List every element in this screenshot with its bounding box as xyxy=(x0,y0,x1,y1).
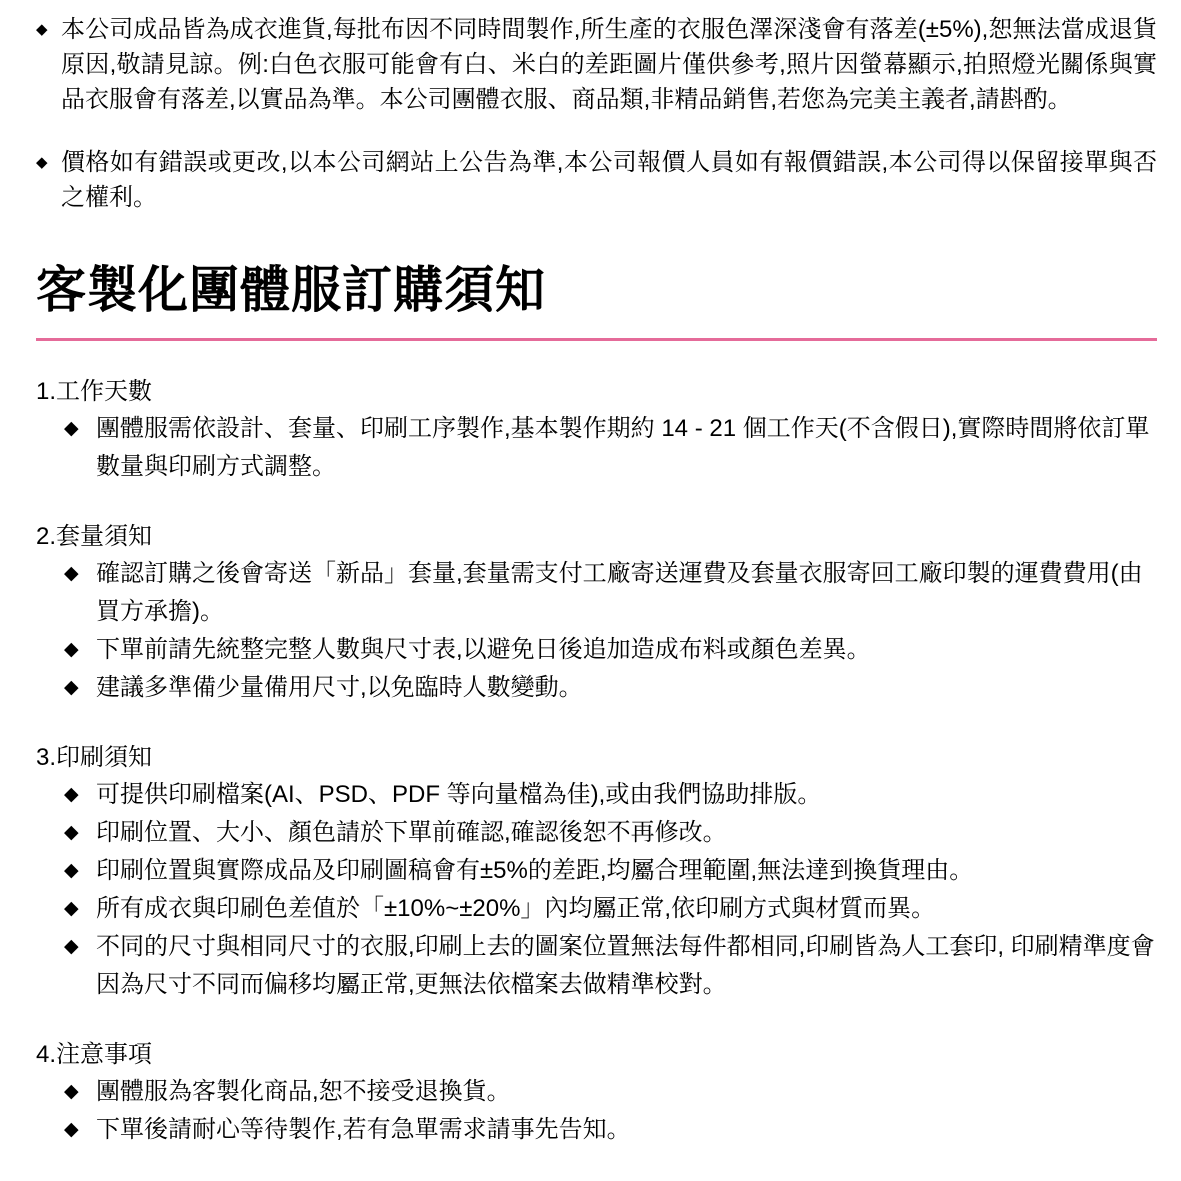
bullet-item: ◆ 下單前請先統整完整人數與尺寸表,以避免日後追加造成布料或顏色差異。 xyxy=(64,631,1157,669)
section-heading: 1.工作天數 xyxy=(36,373,1157,410)
diamond-bullet-icon: ◆ xyxy=(64,1073,96,1111)
bullet-list: ◆ 確認訂購之後會寄送「新品」套量,套量需支付工廠寄送運費及套量衣服寄回工廠印製… xyxy=(36,555,1157,707)
bullet-text: 建議多準備少量備用尺寸,以免臨時人數變動。 xyxy=(96,669,1157,707)
bullet-text: 印刷位置與實際成品及印刷圖稿會有±5%的差距,均屬合理範圍,無法達到換貨理由。 xyxy=(96,852,1157,890)
bullet-text: 下單前請先統整完整人數與尺寸表,以避免日後追加造成布料或顏色差異。 xyxy=(96,631,1157,669)
bullet-item: ◆ 所有成衣與印刷色差值於「±10%~±20%」內均屬正常,依印刷方式與材質而異… xyxy=(64,890,1157,928)
bullet-item: ◆ 團體服為客製化商品,恕不接受退換貨。 xyxy=(64,1073,1157,1111)
notice-paragraph: ◆ 價格如有錯誤或更改,以本公司網站上公告為準,本公司報價人員如有報價錯誤,本公… xyxy=(36,145,1157,215)
notice-paragraph: ◆ 本公司成品皆為成衣進貨,每批布因不同時間製作,所生產的衣服色澤深淺會有落差(… xyxy=(36,12,1157,117)
bullet-text: 可提供印刷檔案(AI、PSD、PDF 等向量檔為佳),或由我們協助排版。 xyxy=(96,776,1157,814)
page: { "colors": { "background": "#ffffff", "… xyxy=(0,0,1181,1181)
bullet-text: 印刷位置、大小、顏色請於下單前確認,確認後恕不再修改。 xyxy=(96,814,1157,852)
diamond-bullet-icon: ◆ xyxy=(64,555,96,593)
bullet-item: ◆ 確認訂購之後會寄送「新品」套量,套量需支付工廠寄送運費及套量衣服寄回工廠印製… xyxy=(64,555,1157,631)
bullet-item: ◆ 下單後請耐心等待製作,若有急單需求請事先告知。 xyxy=(64,1111,1157,1149)
page-title: 客製化團體服訂購須知 xyxy=(36,259,1157,321)
diamond-bullet-icon: ◆ xyxy=(64,814,96,852)
bullet-list: ◆ 團體服需依設計、套量、印刷工序製作,基本製作期約 14 - 21 個工作天(… xyxy=(36,410,1157,486)
bullet-item: ◆ 建議多準備少量備用尺寸,以免臨時人數變動。 xyxy=(64,669,1157,707)
bullet-text: 不同的尺寸與相同尺寸的衣服,印刷上去的圖案位置無法每件都相同,印刷皆為人工套印,… xyxy=(96,928,1157,1004)
bullet-text: 確認訂購之後會寄送「新品」套量,套量需支付工廠寄送運費及套量衣服寄回工廠印製的運… xyxy=(96,555,1157,631)
diamond-bullet-icon: ◆ xyxy=(36,145,61,180)
bullet-text: 團體服需依設計、套量、印刷工序製作,基本製作期約 14 - 21 個工作天(不含… xyxy=(96,410,1157,486)
diamond-bullet-icon: ◆ xyxy=(64,631,96,669)
diamond-bullet-icon: ◆ xyxy=(64,776,96,814)
bullet-text: 所有成衣與印刷色差值於「±10%~±20%」內均屬正常,依印刷方式與材質而異。 xyxy=(96,890,1157,928)
section-work-days: 1.工作天數 ◆ 團體服需依設計、套量、印刷工序製作,基本製作期約 14 - 2… xyxy=(36,373,1157,486)
title-divider xyxy=(36,338,1157,341)
bullet-list: ◆ 團體服為客製化商品,恕不接受退換貨。 ◆ 下單後請耐心等待製作,若有急單需求… xyxy=(36,1073,1157,1149)
bullet-item: ◆ 不同的尺寸與相同尺寸的衣服,印刷上去的圖案位置無法每件都相同,印刷皆為人工套… xyxy=(64,928,1157,1004)
section-attention: 4.注意事項 ◆ 團體服為客製化商品,恕不接受退換貨。 ◆ 下單後請耐心等待製作… xyxy=(36,1036,1157,1149)
diamond-bullet-icon: ◆ xyxy=(64,852,96,890)
bullet-list: ◆ 可提供印刷檔案(AI、PSD、PDF 等向量檔為佳),或由我們協助排版。 ◆… xyxy=(36,776,1157,1004)
section-printing: 3.印刷須知 ◆ 可提供印刷檔案(AI、PSD、PDF 等向量檔為佳),或由我們… xyxy=(36,739,1157,1004)
bullet-text: 團體服為客製化商品,恕不接受退換貨。 xyxy=(96,1073,1157,1111)
bullet-item: ◆ 印刷位置、大小、顏色請於下單前確認,確認後恕不再修改。 xyxy=(64,814,1157,852)
notice-text: 本公司成品皆為成衣進貨,每批布因不同時間製作,所生產的衣服色澤深淺會有落差(±5… xyxy=(61,12,1157,117)
diamond-bullet-icon: ◆ xyxy=(64,1111,96,1149)
bullet-text: 下單後請耐心等待製作,若有急單需求請事先告知。 xyxy=(96,1111,1157,1149)
diamond-bullet-icon: ◆ xyxy=(64,669,96,707)
bullet-item: ◆ 團體服需依設計、套量、印刷工序製作,基本製作期約 14 - 21 個工作天(… xyxy=(64,410,1157,486)
diamond-bullet-icon: ◆ xyxy=(64,928,96,966)
section-heading: 3.印刷須知 xyxy=(36,739,1157,776)
notice-text: 價格如有錯誤或更改,以本公司網站上公告為準,本公司報價人員如有報價錯誤,本公司得… xyxy=(61,145,1157,215)
diamond-bullet-icon: ◆ xyxy=(36,12,61,47)
section-heading: 4.注意事項 xyxy=(36,1036,1157,1073)
diamond-bullet-icon: ◆ xyxy=(64,410,96,448)
section-heading: 2.套量須知 xyxy=(36,518,1157,555)
section-sizing: 2.套量須知 ◆ 確認訂購之後會寄送「新品」套量,套量需支付工廠寄送運費及套量衣… xyxy=(36,518,1157,707)
diamond-bullet-icon: ◆ xyxy=(64,890,96,928)
bullet-item: ◆ 可提供印刷檔案(AI、PSD、PDF 等向量檔為佳),或由我們協助排版。 xyxy=(64,776,1157,814)
bullet-item: ◆ 印刷位置與實際成品及印刷圖稿會有±5%的差距,均屬合理範圍,無法達到換貨理由… xyxy=(64,852,1157,890)
